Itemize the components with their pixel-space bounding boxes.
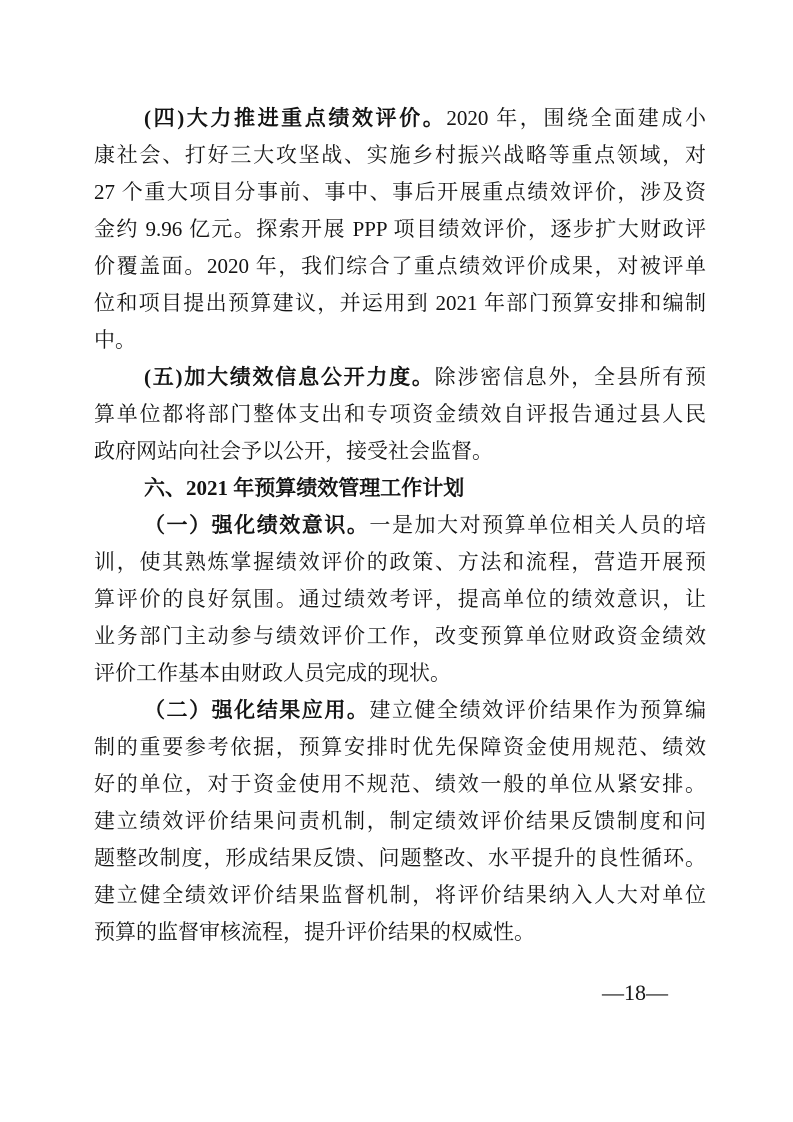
text-segment: 政府网站向社会予以公开，接受社会监督。: [94, 439, 493, 463]
heading-section6-2021-work-plan-line: 六、2021 年预算绩效管理工作计划: [94, 470, 706, 507]
heading-segment: (五)加大绩效信息公开力度。: [144, 365, 435, 389]
text-segment: 算评价的良好氛围。通过绩效考评，提高单位的绩效意识，让: [94, 587, 706, 611]
text-segment: 一是加大对预算单位相关人员的培: [369, 513, 706, 537]
para-item2-strengthen-result-application-line: 建立健全绩效评价结果监督机制，将评价结果纳入人大对单位: [94, 877, 706, 914]
para-section5-performance-info-disclosure-line: (五)加大绩效信息公开力度。除涉密信息外，全县所有预: [94, 359, 706, 396]
text-segment: 评价工作基本由财政人员完成的现状。: [94, 661, 451, 685]
heading-segment: （一）强化绩效意识。: [144, 513, 369, 537]
document-page: (四)大力推进重点绩效评价。2020 年，围绕全面建成小康社会、打好三大攻坚战、…: [0, 0, 793, 1122]
para-section4-key-performance-evaluation-line: 位和项目提出预算建议，并运用到 2021 年部门预算安排和编制: [94, 285, 706, 322]
text-segment: 康社会、打好三大攻坚战、实施乡村振兴战略等重点领域，对: [94, 143, 706, 167]
text-segment: 2020 年，围绕全面建成小: [446, 106, 706, 130]
heading-segment: （二）强化结果应用。: [144, 698, 369, 722]
para-section5-performance-info-disclosure-line: 政府网站向社会予以公开，接受社会监督。: [94, 433, 706, 470]
text-segment: 位和项目提出预算建议，并运用到 2021 年部门预算安排和编制: [94, 291, 706, 315]
text-segment: 27 个重大项目分事前、事中、事后开展重点绩效评价，涉及资: [94, 180, 706, 204]
text-segment: 算单位都将部门整体支出和专项资金绩效自评报告通过县人民: [94, 402, 706, 426]
para-section4-key-performance-evaluation-line: 价覆盖面。2020 年，我们综合了重点绩效评价成果，对被评单: [94, 248, 706, 285]
para-item2-strengthen-result-application-line: 制的重要参考依据，预算安排时优先保障资金使用规范、绩效: [94, 729, 706, 766]
text-segment: 除涉密信息外，全县所有预: [435, 365, 706, 389]
para-item1-strengthen-performance-awareness-line: 训，使其熟炼掌握绩效评价的政策、方法和流程，营造开展预: [94, 544, 706, 581]
text-segment: 金约 9.96 亿元。探索开展 PPP 项目绩效评价，逐步扩大财政评: [94, 217, 706, 241]
para-item2-strengthen-result-application-line: （二）强化结果应用。建立健全绩效评价结果作为预算编: [94, 692, 706, 729]
para-item1-strengthen-performance-awareness-line: 评价工作基本由财政人员完成的现状。: [94, 655, 706, 692]
para-section4-key-performance-evaluation-line: 金约 9.96 亿元。探索开展 PPP 项目绩效评价，逐步扩大财政评: [94, 211, 706, 248]
text-segment: 业务部门主动参与绩效评价工作，改变预算单位财政资金绩效: [94, 624, 706, 648]
para-section5-performance-info-disclosure-line: 算单位都将部门整体支出和专项资金绩效自评报告通过县人民: [94, 396, 706, 433]
text-segment: 好的单位，对于资金使用不规范、绩效一般的单位从紧安排。: [94, 772, 706, 796]
para-item2-strengthen-result-application-line: 题整改制度，形成结果反馈、问题整改、水平提升的良性循环。: [94, 840, 706, 877]
para-section4-key-performance-evaluation-line: (四)大力推进重点绩效评价。2020 年，围绕全面建成小: [94, 100, 706, 137]
text-segment: 预算的监督审核流程，提升评价结果的权威性。: [94, 920, 535, 944]
heading-segment: (四)大力推进重点绩效评价。: [144, 106, 446, 130]
para-item1-strengthen-performance-awareness-line: 算评价的良好氛围。通过绩效考评，提高单位的绩效意识，让: [94, 581, 706, 618]
page-number: —18—: [602, 980, 668, 1006]
text-segment: 题整改制度，形成结果反馈、问题整改、水平提升的良性循环。: [94, 846, 706, 870]
para-item1-strengthen-performance-awareness-line: （一）强化绩效意识。一是加大对预算单位相关人员的培: [94, 507, 706, 544]
text-block: (四)大力推进重点绩效评价。2020 年，围绕全面建成小康社会、打好三大攻坚战、…: [94, 100, 706, 951]
text-segment: 中。: [94, 328, 136, 352]
para-item2-strengthen-result-application-line: 预算的监督审核流程，提升评价结果的权威性。: [94, 914, 706, 951]
text-segment: 建立绩效评价结果问责机制，制定绩效评价结果反馈制度和问: [94, 809, 706, 833]
para-item2-strengthen-result-application-line: 建立绩效评价结果问责机制，制定绩效评价结果反馈制度和问: [94, 803, 706, 840]
para-section4-key-performance-evaluation-line: 康社会、打好三大攻坚战、实施乡村振兴战略等重点领域，对: [94, 137, 706, 174]
text-segment: 建立健全绩效评价结果作为预算编: [369, 698, 706, 722]
text-segment: 建立健全绩效评价结果监督机制，将评价结果纳入人大对单位: [94, 883, 706, 907]
para-section4-key-performance-evaluation-line: 中。: [94, 322, 706, 359]
para-item1-strengthen-performance-awareness-line: 业务部门主动参与绩效评价工作，改变预算单位财政资金绩效: [94, 618, 706, 655]
para-item2-strengthen-result-application-line: 好的单位，对于资金使用不规范、绩效一般的单位从紧安排。: [94, 766, 706, 803]
para-section4-key-performance-evaluation-line: 27 个重大项目分事前、事中、事后开展重点绩效评价，涉及资: [94, 174, 706, 211]
text-segment: 制的重要参考依据，预算安排时优先保障资金使用规范、绩效: [94, 735, 706, 759]
text-segment: 训，使其熟炼掌握绩效评价的政策、方法和流程，营造开展预: [94, 550, 706, 574]
text-segment: 价覆盖面。2020 年，我们综合了重点绩效评价成果，对被评单: [94, 254, 706, 278]
heading-segment: 六、2021 年预算绩效管理工作计划: [144, 476, 464, 500]
